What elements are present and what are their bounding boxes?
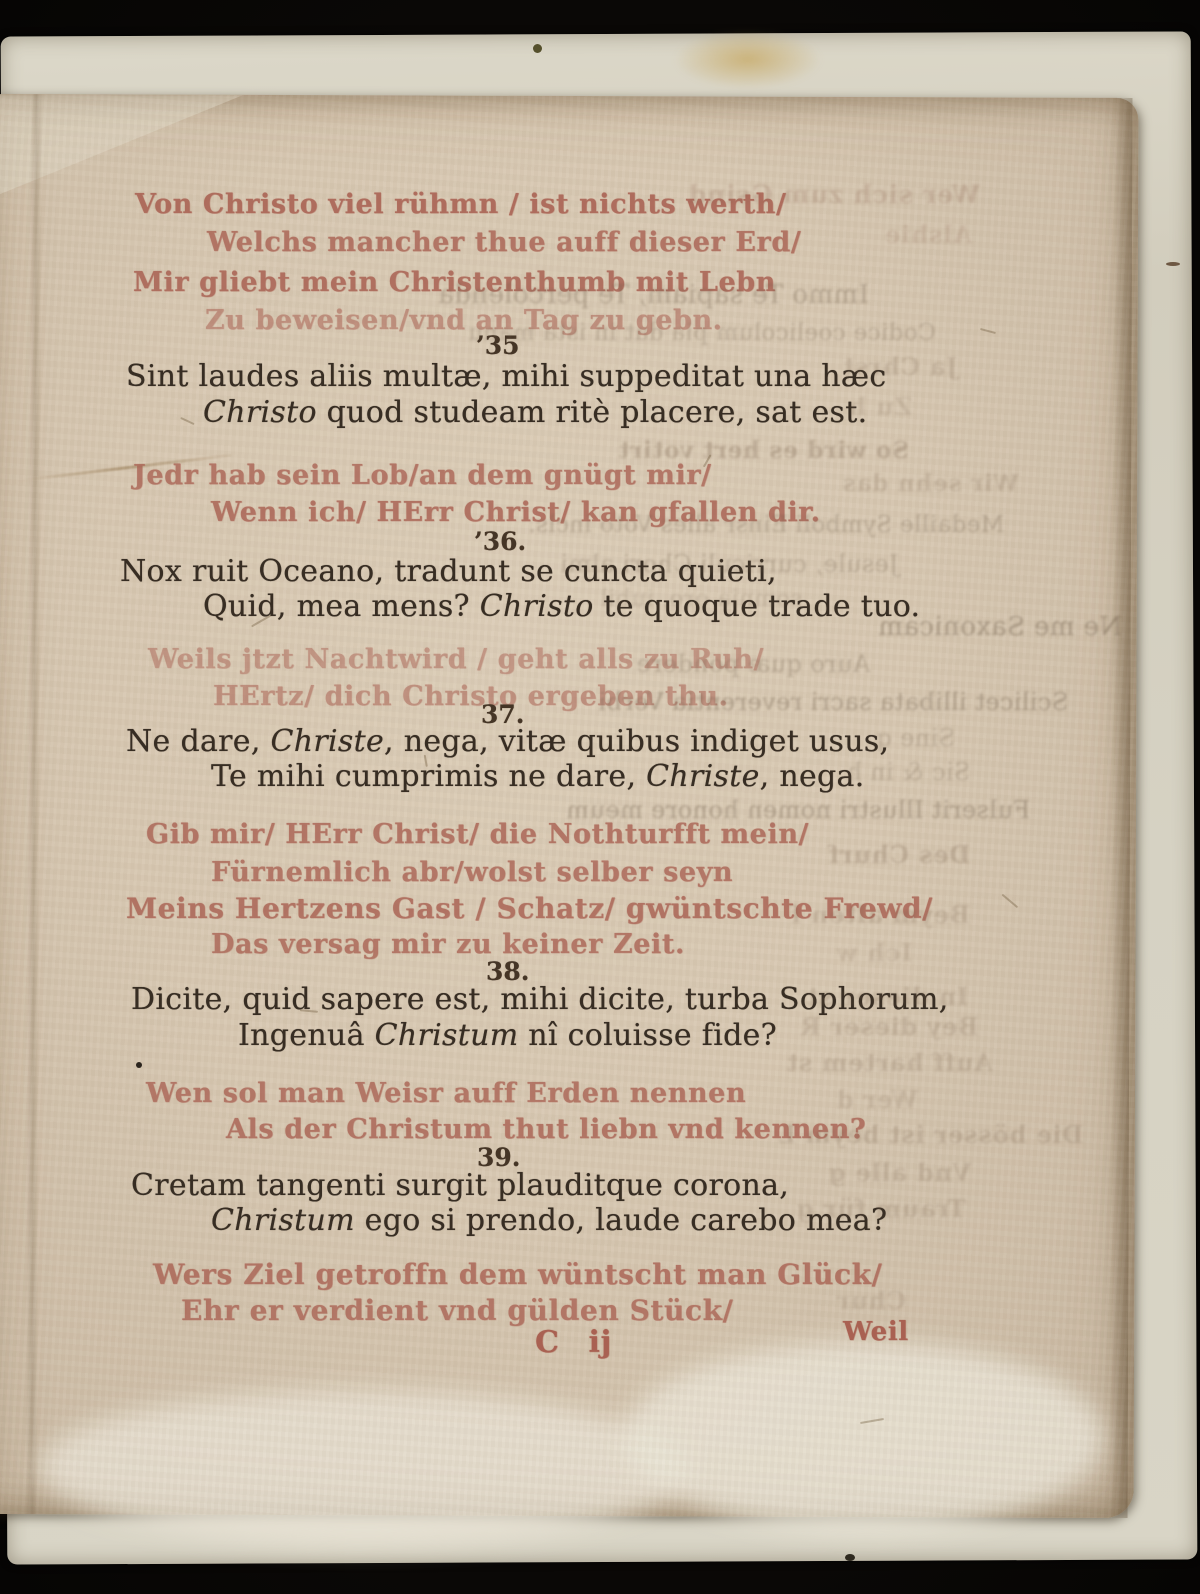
text-layer: C ij Weil Von Christo viel rühmn / ist n… xyxy=(0,0,1200,1594)
red-verse-40-line-2: Ehr er verdient vnd gülden Stück/ xyxy=(181,1295,733,1326)
bleed-through-text: Scilicet illibata sacri reverentia Verbi xyxy=(598,688,1068,716)
bleed-through-text: Auff hartem st xyxy=(786,1048,993,1077)
bleed-through-text: Jesule, curriculi Chori almi xyxy=(560,550,899,578)
bleed-through-text: somnia oro, iubil xyxy=(600,586,802,612)
latin-39-line-2: Christum ego si prendo, laude carebo mea… xyxy=(211,1204,887,1238)
bleed-through-text: Codice coelicolum pia dat in ista manu xyxy=(468,320,936,346)
bleed-through-text: Wir sehn das xyxy=(842,470,1019,497)
red-verse-38-line-2: Fürnemlich abr/wolst selber seyn xyxy=(211,858,733,888)
latin-37-line-1: Ne dare, Christe, nega, vitæ quibus indi… xyxy=(126,725,889,759)
bleed-through-text: So wird es hert votirt xyxy=(618,437,909,464)
red-verse-39-line-1: Wen sol man Weisr auff Erden nennen xyxy=(146,1079,746,1109)
bleed-through-text: Die bösser ist beym L xyxy=(778,1120,1083,1149)
ink-speck xyxy=(1166,262,1180,266)
ink-speck xyxy=(845,1554,855,1561)
bleed-through-text: Traum für g xyxy=(796,1194,966,1223)
red-verse-39-line-2: Als der Christum thut liebn vnd kennen? xyxy=(226,1115,866,1145)
latin-37-line-2: Te mihi cumprimis ne dare, Christe, nega… xyxy=(211,760,865,794)
red-verse-40-line-1: Wers Ziel getroffn dem wüntscht man Glüc… xyxy=(153,1259,883,1290)
red-verse-36-line-1: Jedr hab sein Lob/an dem gnügt mir/ xyxy=(133,461,712,491)
bleed-through-text: Auro quæ pondere xyxy=(636,650,870,678)
bleed-through-text: Wer d xyxy=(836,1085,918,1114)
bleed-through-text: Ja Chrst xyxy=(842,352,957,381)
bleed-through-text: In dieser st xyxy=(806,982,968,1011)
ink-speck xyxy=(136,1062,142,1068)
bleed-through-text: Alshie xyxy=(884,220,972,249)
bleed-through-text: Immo Te sapiam, Te percolenda xyxy=(438,280,869,310)
bleed-through-text: Beym alten f xyxy=(790,900,970,929)
latin-35-line-1: Sint laudes aliis multæ, mihi suppeditat… xyxy=(126,360,887,394)
bleed-through-text: Chur xyxy=(836,1286,906,1315)
signature-mark: C ij xyxy=(535,1326,612,1360)
red-verse-38-line-4: Das versag mir zu keiner Zeit. xyxy=(211,930,685,960)
ink-speck xyxy=(533,44,542,53)
bleed-through-text: Bey dieser R xyxy=(800,1012,978,1041)
bleed-through-text: Ne me Saxonicam xyxy=(878,612,1122,642)
red-verse-top-line-2: Welchs mancher thue auff dieser Erd/ xyxy=(207,228,801,258)
bleed-through-text: Medaille Symboli Einsr alles Voto incls. xyxy=(528,512,1004,538)
red-verse-38-line-1: Gib mir/ HErr Christ/ die Nothturfft mei… xyxy=(146,820,809,850)
bleed-through-text: Sic & in h xyxy=(846,758,970,786)
latin-39-line-1: Cretam tangenti surgit plauditque corona… xyxy=(131,1169,789,1203)
bleed-through-text: Ich w xyxy=(836,938,912,967)
latin-36-line-2: Quid, mea mens? Christo te quoque trade … xyxy=(203,590,920,624)
bleed-through-text: Wer sich zum Gsind xyxy=(688,180,980,209)
bleed-through-text: Vnd alle g xyxy=(828,1158,971,1187)
epigram-number-36: ’36. xyxy=(474,528,526,556)
bleed-through-text: Zu h xyxy=(848,392,912,421)
latin-38-line-2: Ingenuâ Christum nî coluisse fide? xyxy=(238,1019,777,1053)
bleed-through-text: Sine q xyxy=(876,724,955,752)
latin-35-line-2: Christo quod studeam ritè placere, sat e… xyxy=(203,396,867,430)
bleed-through-text: Des Churf xyxy=(828,840,970,869)
bleed-through-text: Fulserit Illustri nomen honore meum xyxy=(566,796,1030,824)
photograph-background: C ij Weil Von Christo viel rühmn / ist n… xyxy=(0,0,1200,1594)
catchword: Weil xyxy=(843,1318,909,1347)
